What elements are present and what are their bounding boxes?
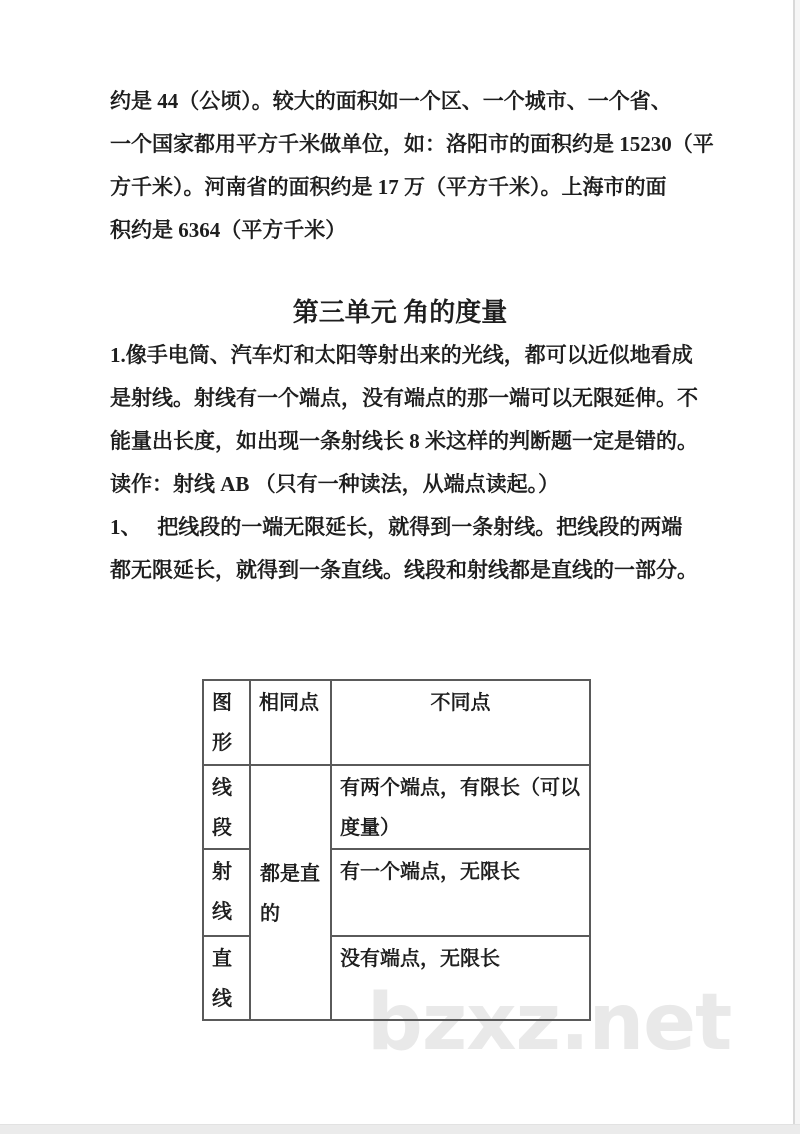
table-header-row: 图形 相同点 不同点	[203, 680, 590, 765]
text-line: 是射线。射线有一个端点，没有端点的那一端可以无限延伸。不	[110, 377, 758, 420]
document-page: bzxz.net 约是 44（公顷）。较大的面积如一个区、一个城市、一个省、 一…	[0, 0, 800, 1134]
text-line: 读作：射线 AB （只有一种读法，从端点读起。）	[110, 463, 758, 506]
comparison-table-wrapper: 图形 相同点 不同点 线段 都是直的 有两个端点，有限长（可以度量） 射线 有一…	[202, 679, 591, 1021]
cell-same-merged: 都是直的	[250, 765, 331, 1020]
cell-diff-ray: 有一个端点，无限长	[331, 849, 590, 936]
cell-shape-line: 直线	[203, 936, 250, 1020]
comparison-table: 图形 相同点 不同点 线段 都是直的 有两个端点，有限长（可以度量） 射线 有一…	[202, 679, 591, 1021]
table-row: 线段 都是直的 有两个端点，有限长（可以度量）	[203, 765, 590, 849]
page-edge-line	[793, 0, 800, 1134]
paragraph-area-units: 约是 44（公顷）。较大的面积如一个区、一个城市、一个省、 一个国家都用平方千米…	[110, 80, 758, 252]
paragraph-rays-lines: 1.像手电筒、汽车灯和太阳等射出来的光线，都可以近似地看成 是射线。射线有一个端…	[110, 334, 758, 592]
cell-shape-segment: 线段	[203, 765, 250, 849]
text-line: 都无限延长，就得到一条直线。线段和射线都是直线的一部分。	[110, 549, 758, 592]
section-heading: 第三单元 角的度量	[0, 292, 800, 334]
header-cell-diff: 不同点	[331, 680, 590, 765]
text-line: 积约是 6364（平方千米）	[110, 209, 758, 252]
text-line: 方千米）。河南省的面积约是 17 万（平方千米）。上海市的面	[110, 166, 758, 209]
text-line: 1.像手电筒、汽车灯和太阳等射出来的光线，都可以近似地看成	[110, 334, 758, 377]
text-line: 1、 把线段的一端无限延长，就得到一条射线。把线段的两端	[110, 506, 758, 549]
cell-shape-ray: 射线	[203, 849, 250, 936]
header-cell-same: 相同点	[250, 680, 331, 765]
text-line: 能量出长度，如出现一条射线长 8 米这样的判断题一定是错的。	[110, 420, 758, 463]
text-line: 一个国家都用平方千米做单位，如：洛阳市的面积约是 15230（平	[110, 123, 758, 166]
cell-diff-segment: 有两个端点，有限长（可以度量）	[331, 765, 590, 849]
cell-diff-line: 没有端点，无限长	[331, 936, 590, 1020]
text-line: 约是 44（公顷）。较大的面积如一个区、一个城市、一个省、	[110, 80, 758, 123]
bottom-bar	[0, 1124, 800, 1134]
header-cell-shape: 图形	[203, 680, 250, 765]
